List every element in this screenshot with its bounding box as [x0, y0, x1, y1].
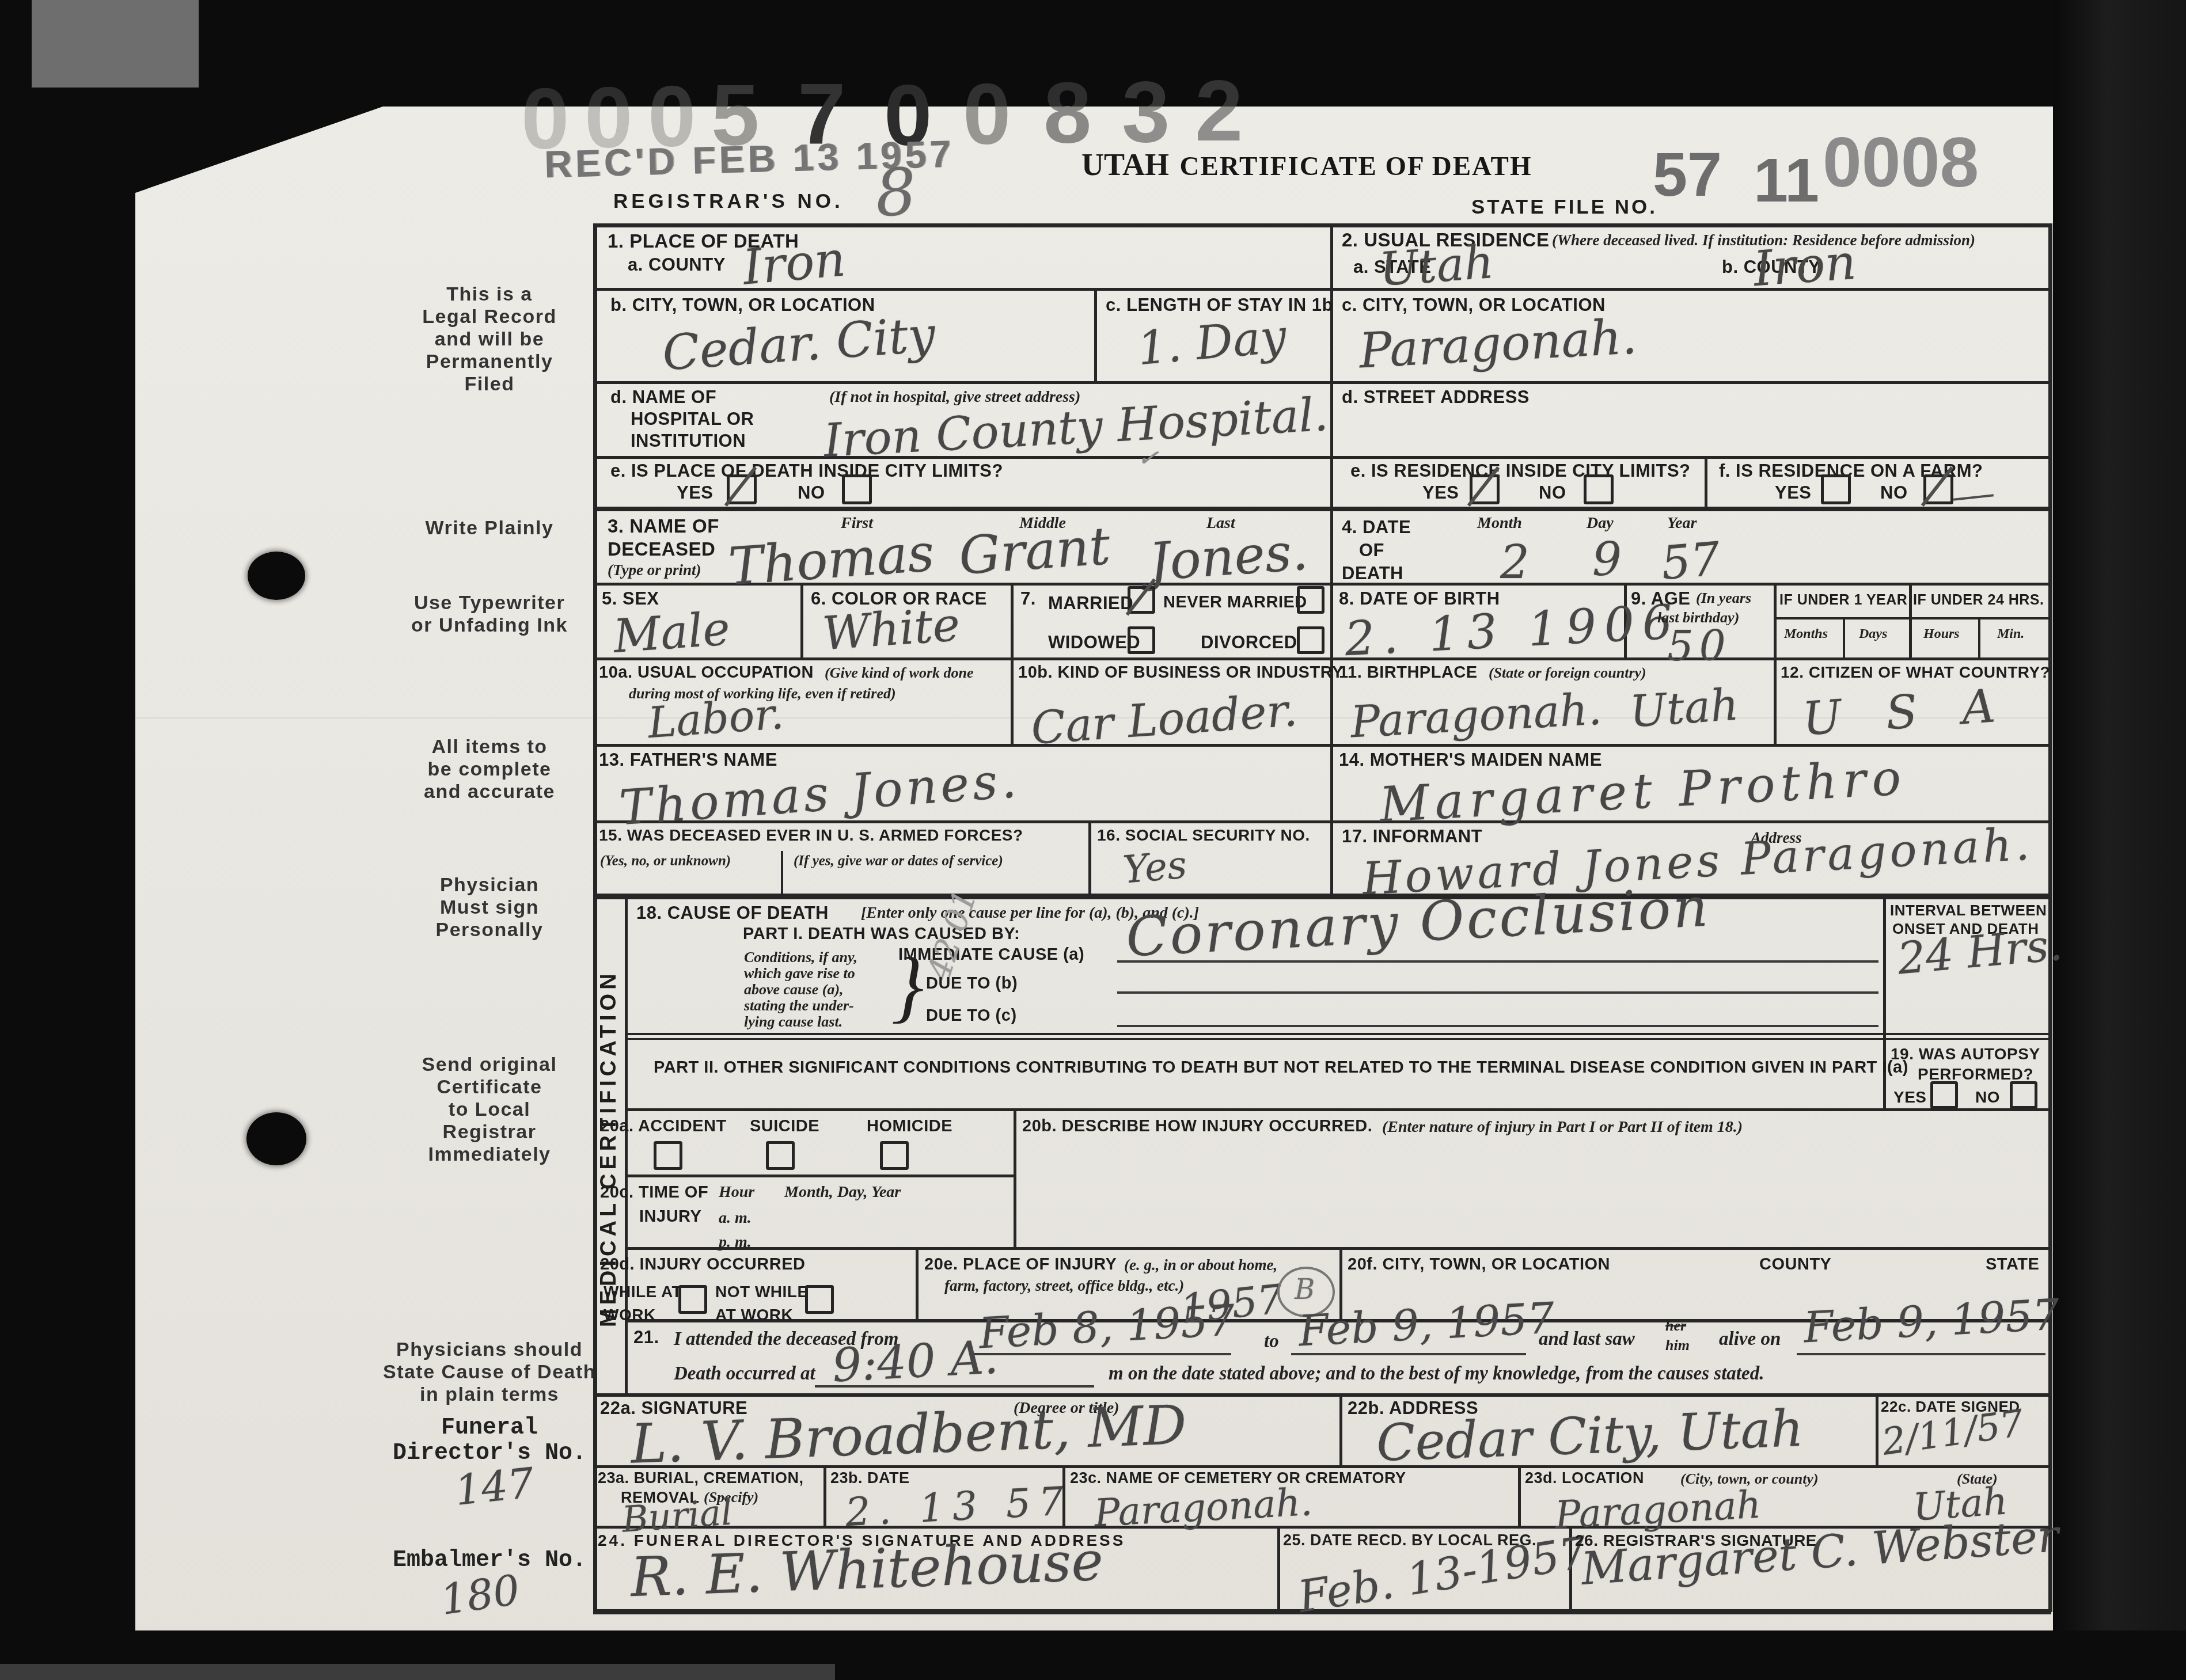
dod-year-header: Year	[1667, 514, 1697, 533]
grid-line	[593, 223, 2051, 227]
field-20a-homicide-label: HOMICIDE	[867, 1117, 952, 1136]
scan-artifact-strip	[0, 1664, 835, 1680]
field-16-value: Yes	[1121, 842, 1189, 892]
conditions-note: which gave rise to	[744, 965, 855, 982]
field-11-value: Utah	[1628, 679, 1740, 738]
scan-border-right	[2053, 0, 2186, 1680]
field-20b-hint: (Enter nature of injury in Part I or Par…	[1382, 1118, 1743, 1137]
grid-line	[593, 657, 2051, 660]
field-20f-county-label: COUNTY	[1759, 1255, 1831, 1274]
conditions-note: lying cause last.	[744, 1013, 842, 1031]
field-13-label: 13. FATHER'S NAME	[599, 750, 777, 770]
checkbox-autopsy-yes	[1930, 1081, 1958, 1109]
field-20a-accident-label: 20a. ACCIDENT	[600, 1117, 727, 1136]
field-1c-label: c. LENGTH OF STAY IN 1b	[1106, 295, 1333, 316]
field-4-title: DEATH	[1342, 563, 1403, 584]
conditions-note: Conditions, if any,	[744, 949, 857, 966]
grid-line	[593, 381, 2051, 384]
punch-hole-bottom	[246, 1112, 306, 1165]
grid-line	[625, 1033, 2051, 1035]
days-subheader: Days	[1859, 626, 1887, 642]
field-16-label: 16. SOCIAL SECURITY NO.	[1097, 826, 1310, 845]
field-1d-label: INSTITUTION	[631, 431, 746, 451]
field-20d-label: 20d. INJURY OCCURRED	[600, 1255, 805, 1274]
field-2e-no-label: NO	[1539, 482, 1566, 503]
field-15-hint: (Yes, no, or unknown)	[600, 853, 731, 869]
dod-month-value: 2	[1500, 535, 1530, 589]
field-20d-notwhile-label: NOT WHILE	[715, 1283, 809, 1301]
field-10a-value: Labor.	[646, 689, 785, 748]
pencil-check-mark: ✓	[1136, 442, 1161, 474]
name-middle-value: Grant	[957, 516, 1112, 587]
field-10b-label: 10b. KIND OF BUSINESS OR INDUSTRY	[1018, 663, 1344, 682]
due-to-c-label: DUE TO (c)	[926, 1006, 1017, 1025]
grid-line	[625, 1108, 2051, 1111]
state-file-no-label: STATE FILE NO.	[1471, 196, 1657, 219]
hours-subheader: Hours	[1923, 626, 1960, 642]
field-19-yes-label: YES	[1893, 1088, 1927, 1107]
field-23d-label: 23d. LOCATION	[1525, 1469, 1644, 1487]
field-9-hint: (In years	[1696, 590, 1751, 607]
field-2a-value: Utah	[1377, 235, 1496, 297]
grid-line	[1909, 583, 1912, 657]
her-strikethrough: her	[1665, 1317, 1686, 1335]
field-2f-yes-label: YES	[1775, 482, 1812, 503]
field-20c-am-label: a. m.	[719, 1209, 752, 1227]
field-20d-notwhile-label: AT WORK	[715, 1306, 793, 1324]
grid-line	[2048, 223, 2052, 1612]
field-2e-yes-label: YES	[1422, 482, 1459, 503]
death-certificate-scan: 0 0 0 5 7 0 0 8 3 2 REC'D FEB 13 1957 RE…	[0, 0, 2186, 1680]
grid-line	[916, 1247, 919, 1319]
scan-border-left	[0, 0, 135, 1680]
field-20c-mdy-label: Month, Day, Year	[784, 1183, 901, 1202]
grid-line	[823, 1465, 826, 1526]
grid-line	[593, 507, 2051, 511]
grid-line	[1876, 1393, 1878, 1465]
death-time-value: 9:40 A.	[831, 1331, 1000, 1393]
min-subheader: Min.	[1997, 626, 2024, 642]
state-file-stamp-11: 11	[1754, 144, 1819, 216]
field-17-label: 17. INFORMANT	[1342, 826, 1482, 847]
field-2f-no-label: NO	[1880, 482, 1908, 503]
him-label: him	[1665, 1337, 1690, 1354]
grid-line	[1014, 1108, 1016, 1247]
registrars-no-value: 8	[873, 154, 919, 232]
part2-label: PART II. OTHER SIGNIFICANT CONDITIONS CO…	[654, 1058, 1908, 1077]
field-19-no-label: NO	[1975, 1088, 2000, 1107]
grid-line	[1011, 583, 1014, 744]
field-15-label: 15. WAS DECEASED EVER IN U. S. ARMED FOR…	[599, 826, 1023, 845]
checkbox-accident	[654, 1141, 682, 1170]
if-under-1-year-label: IF UNDER 1 YEAR	[1779, 592, 1907, 609]
field-7-married-label: MARRIED	[1048, 593, 1133, 614]
field-5-value: Male	[612, 602, 732, 663]
field-21-number: 21.	[633, 1327, 659, 1348]
grid-line	[781, 851, 783, 897]
field-18-title: 18. CAUSE OF DEATH	[636, 903, 829, 923]
field-1d-label: HOSPITAL OR	[631, 409, 754, 429]
attended-to-label: to	[1264, 1331, 1279, 1352]
dod-year-value: 57	[1659, 532, 1722, 591]
dod-day-value: 9	[1592, 533, 1622, 586]
field-12-label: 12. CITIZEN OF WHAT COUNTRY?	[1781, 663, 2050, 682]
field-20e-hint: farm, factory, street, office bldg., etc…	[944, 1277, 1184, 1295]
field-20c-label: 20c. TIME OF	[600, 1183, 708, 1202]
grid-line	[800, 583, 803, 657]
field-4-title: 4. DATE	[1342, 517, 1411, 538]
field-3-title: DECEASED	[608, 538, 715, 560]
grid-line	[1088, 820, 1091, 897]
field-1d-label: d. NAME OF	[610, 387, 716, 408]
scan-artifact-patch	[32, 0, 199, 88]
interval-label: INTERVAL BETWEEN	[1890, 902, 2047, 919]
registrars-no-label: REGISTRAR'S NO.	[613, 190, 844, 213]
field-1a-label: a. COUNTY	[628, 254, 726, 275]
field-2e-label: e. IS RESIDENCE INSIDE CITY LIMITS?	[1350, 461, 1691, 481]
grid-line	[1705, 456, 1707, 507]
field-20b-label: 20b. DESCRIBE HOW INJURY OCCURRED.	[1022, 1117, 1372, 1136]
circled-initials-letter: B	[1295, 1274, 1315, 1306]
state-file-stamp-0008: 0008	[1823, 122, 1979, 203]
field-20a-suicide-label: SUICIDE	[750, 1117, 819, 1136]
field-1e-label: e. IS PLACE OF DEATH INSIDE CITY LIMITS?	[610, 461, 1003, 481]
field-1a-value: Iron	[741, 230, 848, 295]
field-20e-label: 20e. PLACE OF INJURY	[924, 1255, 1117, 1274]
name-last-value: Jones.	[1147, 521, 1310, 592]
field-9-value: 50	[1667, 622, 1732, 670]
punch-hole-top	[248, 552, 305, 600]
death-occurred-label: Death occurred at	[674, 1363, 815, 1385]
checkbox-autopsy-no	[2010, 1081, 2037, 1109]
attestation-text: m on the date stated above; and to the b…	[1109, 1363, 1764, 1385]
write-in-line	[972, 1353, 1231, 1355]
dod-day-header: Day	[1587, 514, 1614, 533]
part1-label: PART I. DEATH WAS CAUSED BY:	[743, 925, 1020, 944]
field-20c-hour-label: Hour	[719, 1183, 754, 1202]
write-in-line-b	[1117, 991, 1878, 994]
field-7-never-married-label: NEVER MARRIED	[1163, 593, 1307, 612]
grid-line	[1339, 1393, 1342, 1465]
field-4-title: OF	[1359, 540, 1384, 561]
write-in-line-c	[1117, 1025, 1878, 1027]
due-to-b-label: DUE TO (b)	[926, 974, 1018, 993]
field-20c-label: INJURY	[639, 1207, 701, 1226]
field-20d-while-label: WORK	[604, 1306, 656, 1324]
dod-month-header: Month	[1477, 514, 1522, 533]
grid-line	[1978, 617, 1980, 657]
checkbox-suicide	[766, 1141, 795, 1170]
grid-line	[1277, 1526, 1280, 1612]
field-11-hint: (State or foreign country)	[1489, 664, 1646, 682]
field-7-widowed-label: WIDOWED	[1048, 632, 1140, 653]
conditions-note: stating the under-	[744, 997, 854, 1014]
field-19-label: 19. WAS AUTOPSY	[1891, 1045, 2040, 1063]
grid-line	[1518, 1465, 1521, 1526]
grid-line	[1094, 288, 1097, 381]
field-1e-no-label: NO	[798, 482, 825, 503]
checkbox-2e-no	[1584, 474, 1614, 504]
checkbox-while-at-work	[678, 1285, 707, 1314]
grid-line	[1330, 223, 1333, 897]
grid-line	[593, 223, 597, 1612]
write-in-line	[1797, 1353, 2045, 1355]
conditions-note: above cause (a),	[744, 981, 844, 998]
checkbox-not-while-at-work	[805, 1285, 834, 1314]
field-2b-value: Iron	[1752, 234, 1858, 297]
grid-line	[625, 1247, 2051, 1250]
checkbox-divorced	[1297, 626, 1324, 654]
checkbox-1e-no	[842, 474, 872, 504]
scan-border-top	[0, 0, 2186, 107]
checkbox-homicide	[880, 1141, 909, 1170]
grid-line	[1774, 583, 1777, 744]
grid-line	[625, 1175, 1016, 1177]
checkbox-2f-yes	[1821, 474, 1851, 504]
serial-stamp-digit: 0	[963, 64, 1011, 164]
months-subheader: Months	[1784, 626, 1828, 642]
state-file-stamp-57: 57	[1653, 138, 1722, 210]
field-20f-state-label: STATE	[1986, 1255, 2039, 1274]
field-20c-pm-label: p. m.	[719, 1233, 752, 1252]
last-saw-label: and last saw	[1539, 1329, 1635, 1350]
field-20e-hint: (e. g., in or about home,	[1124, 1256, 1277, 1274]
grid-line	[593, 456, 2051, 459]
grid-line	[1843, 617, 1845, 657]
field-9-label: 9. AGE	[1631, 588, 1691, 609]
write-in-line-a	[1117, 960, 1878, 963]
grid-line	[593, 744, 2051, 747]
field-7-divorced-label: DIVORCED	[1201, 632, 1297, 653]
field-5-label: 5. SEX	[602, 588, 659, 609]
field-20d-while-label: WHILE AT	[604, 1283, 682, 1301]
field-3-title: 3. NAME OF	[608, 515, 719, 537]
field-6-value: White	[821, 598, 962, 660]
write-in-line	[815, 1385, 1094, 1388]
conditions-brace: }	[891, 940, 924, 1032]
field-2d-label: d. STREET ADDRESS	[1342, 387, 1530, 408]
grid-line	[1774, 617, 2051, 619]
alive-on-label: alive on	[1719, 1329, 1781, 1350]
field-3-hint: (Type or print)	[608, 561, 701, 579]
funeral-directors-no-value: 147	[453, 1458, 536, 1515]
field-7-number: 7.	[1020, 588, 1036, 609]
checkbox-never-married	[1297, 586, 1324, 614]
title-certificate-of-death: CERTIFICATE OF DEATH	[1179, 151, 1532, 181]
field-15-hint: (If yes, give war or dates of service)	[794, 853, 1003, 869]
field-20f-label: 20f. CITY, TOWN, OR LOCATION	[1348, 1255, 1610, 1274]
if-under-24-hrs-label: IF UNDER 24 HRS.	[1913, 592, 2044, 609]
checkbox-widowed	[1128, 626, 1155, 654]
field-10a-hint: (Give kind of work done	[825, 664, 974, 682]
field-11-label: 11. BIRTHPLACE	[1339, 663, 1478, 682]
field-10a-label: 10a. USUAL OCCUPATION	[599, 663, 814, 682]
field-1e-yes-label: YES	[677, 482, 714, 503]
title-utah: UTAH	[1081, 147, 1169, 182]
write-in-line	[1291, 1353, 1526, 1355]
grid-line	[593, 1393, 2051, 1397]
serial-stamp-digit: 2	[1195, 61, 1243, 161]
page-title: UTAH CERTIFICATE OF DEATH	[1081, 147, 1532, 183]
field-23a-label: 23a. BURIAL, CREMATION,	[598, 1469, 804, 1487]
grid-line	[625, 1038, 2051, 1040]
field-23b-label: 23b. DATE	[830, 1469, 910, 1487]
